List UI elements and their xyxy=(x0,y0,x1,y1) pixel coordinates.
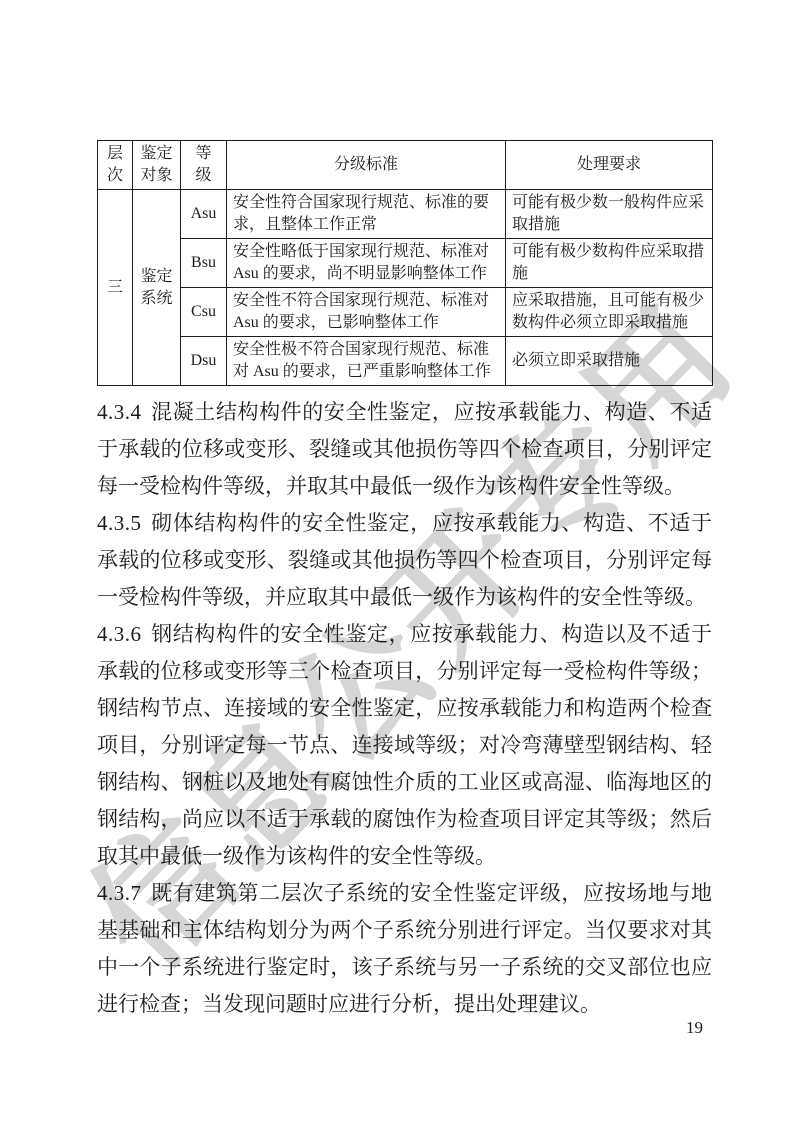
page-number: 19 xyxy=(686,1018,703,1038)
paragraph-4-3-4: 4.3.4混凝土结构构件的安全性鉴定，应按承载能力、构造、不适于承载的位移或变形… xyxy=(97,394,712,505)
grade-cell: Csu xyxy=(181,288,227,337)
grade-cell: Dsu xyxy=(181,337,227,386)
col-header-grade: 等 级 xyxy=(181,141,227,190)
table-row-asu: 三 鉴定 系统 Asu 安全性符合国家现行规范、标准的要求，且整体工作正常 可能… xyxy=(98,190,713,239)
clause-number: 4.3.7 xyxy=(97,881,142,905)
clause-number: 4.3.4 xyxy=(97,400,142,424)
criteria-cell: 安全性极不符合国家现行规范、标准对 Asu 的要求，已严重影响整体工作 xyxy=(227,337,506,386)
criteria-cell: 安全性略低于国家现行规范、标准对 Asu 的要求，尚不明显影响整体工作 xyxy=(227,239,506,288)
grading-table: 层 次 鉴定 对象 等 级 分级标准 处理要求 三 鉴定 系统 Asu 安全性符… xyxy=(97,140,713,386)
table-row-bsu: Bsu 安全性略低于国家现行规范、标准对 Asu 的要求，尚不明显影响整体工作 … xyxy=(98,239,713,288)
table-row-dsu: Dsu 安全性极不符合国家现行规范、标准对 Asu 的要求，已严重影响整体工作 … xyxy=(98,337,713,386)
treatment-cell: 必须立即采取措施 xyxy=(506,337,713,386)
clause-text: 混凝土结构构件的安全性鉴定，应按承载能力、构造、不适于承载的位移或变形、裂缝或其… xyxy=(97,400,712,498)
paragraph-4-3-6: 4.3.6钢结构构件的安全性鉴定，应按承载能力、构造以及不适于承载的位移或变形等… xyxy=(97,616,712,875)
col-header-treatment: 处理要求 xyxy=(506,141,713,190)
clause-text: 钢结构构件的安全性鉴定，应按承载能力、构造以及不适于承载的位移或变形等三个检查项… xyxy=(97,622,712,868)
page-content: 层 次 鉴定 对象 等 级 分级标准 处理要求 三 鉴定 系统 Asu 安全性符… xyxy=(97,140,712,1023)
treatment-cell: 应采取措施，且可能有极少数构件必须立即采取措施 xyxy=(506,288,713,337)
treatment-cell: 可能有极少数一般构件应采取措施 xyxy=(506,190,713,239)
col-header-target: 鉴定 对象 xyxy=(133,141,181,190)
clause-text: 砌体结构构件的安全性鉴定，应按承载能力、构造、不适于承载的位移或变形、裂缝或其他… xyxy=(97,511,712,609)
clause-number: 4.3.6 xyxy=(97,622,142,646)
clause-number: 4.3.5 xyxy=(97,511,142,535)
col-header-level: 层 次 xyxy=(98,141,133,190)
table-row-csu: Csu 安全性不符合国家现行规范、标准对 Asu 的要求，已影响整体工作 应采取… xyxy=(98,288,713,337)
level-cell: 三 xyxy=(98,190,133,386)
treatment-cell: 可能有极少数构件应采取措施 xyxy=(506,239,713,288)
grade-cell: Asu xyxy=(181,190,227,239)
paragraph-4-3-5: 4.3.5砌体结构构件的安全性鉴定，应按承载能力、构造、不适于承载的位移或变形、… xyxy=(97,505,712,616)
grade-cell: Bsu xyxy=(181,239,227,288)
document-page: 信息公开专用 层 次 鉴定 对象 等 级 分级标准 处理要求 xyxy=(0,0,800,1131)
body-text: 4.3.4混凝土结构构件的安全性鉴定，应按承载能力、构造、不适于承载的位移或变形… xyxy=(97,394,712,1023)
paragraph-4-3-7: 4.3.7既有建筑第二层次子系统的安全性鉴定评级，应按场地与地基基础和主体结构划… xyxy=(97,875,712,1023)
criteria-cell: 安全性不符合国家现行规范、标准对 Asu 的要求，已影响整体工作 xyxy=(227,288,506,337)
criteria-cell: 安全性符合国家现行规范、标准的要求，且整体工作正常 xyxy=(227,190,506,239)
col-header-criteria: 分级标准 xyxy=(227,141,506,190)
target-cell: 鉴定 系统 xyxy=(133,190,181,386)
clause-text: 既有建筑第二层次子系统的安全性鉴定评级，应按场地与地基基础和主体结构划分为两个子… xyxy=(97,881,712,1016)
table-header-row: 层 次 鉴定 对象 等 级 分级标准 处理要求 xyxy=(98,141,713,190)
